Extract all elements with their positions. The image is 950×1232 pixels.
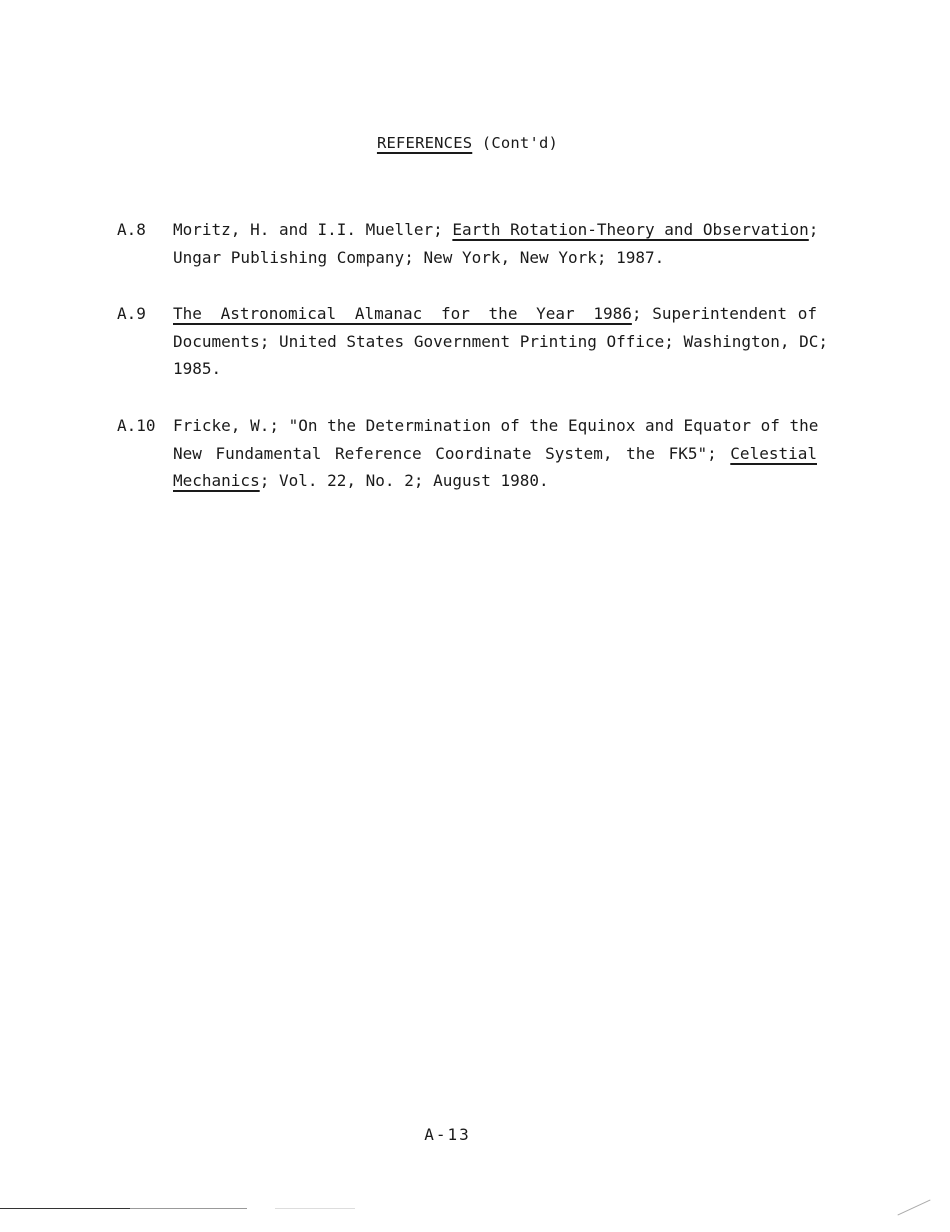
scan-artifact-line (275, 1208, 355, 1209)
scan-artifact-line (130, 1208, 247, 1209)
reference-line: Ungar Publishing Company; New York, New … (173, 244, 817, 272)
scan-artifact-mark (897, 1199, 930, 1215)
heading-underlined: REFERENCES (377, 134, 472, 152)
reference-a10: A.10 Fricke, W.; "On the Determination o… (117, 412, 817, 495)
page-heading: REFERENCES (Cont'd) (0, 134, 935, 152)
reference-line: Documents; United States Government Prin… (173, 328, 817, 356)
reference-line: Fricke, W.; "On the Determination of the… (173, 412, 817, 440)
scan-artifact-line (0, 1208, 130, 1209)
reference-line: 1985. (173, 355, 817, 383)
reference-line: New Fundamental Reference Coordinate Sys… (173, 440, 817, 468)
reference-number: A.8 (117, 216, 146, 244)
heading-cont: (Cont'd) (472, 134, 558, 152)
reference-title: Earth Rotation-Theory and Observation (452, 220, 808, 239)
reference-number: A.10 (117, 412, 156, 440)
reference-line: The Astronomical Almanac for the Year 19… (173, 300, 817, 328)
reference-number: A.9 (117, 300, 146, 328)
journal-title: Mechanics (173, 471, 260, 490)
reference-line: Moritz, H. and I.I. Mueller; Earth Rotat… (173, 216, 817, 244)
journal-title: Celestial (730, 444, 817, 463)
reference-a8: A.8 Moritz, H. and I.I. Mueller; Earth R… (117, 216, 817, 271)
reference-line: Mechanics; Vol. 22, No. 2; August 1980. (173, 467, 817, 495)
page-number: A-13 (0, 1125, 895, 1144)
reference-a9: A.9 The Astronomical Almanac for the Yea… (117, 300, 817, 383)
reference-title: The Astronomical Almanac for the Year 19… (173, 304, 632, 323)
